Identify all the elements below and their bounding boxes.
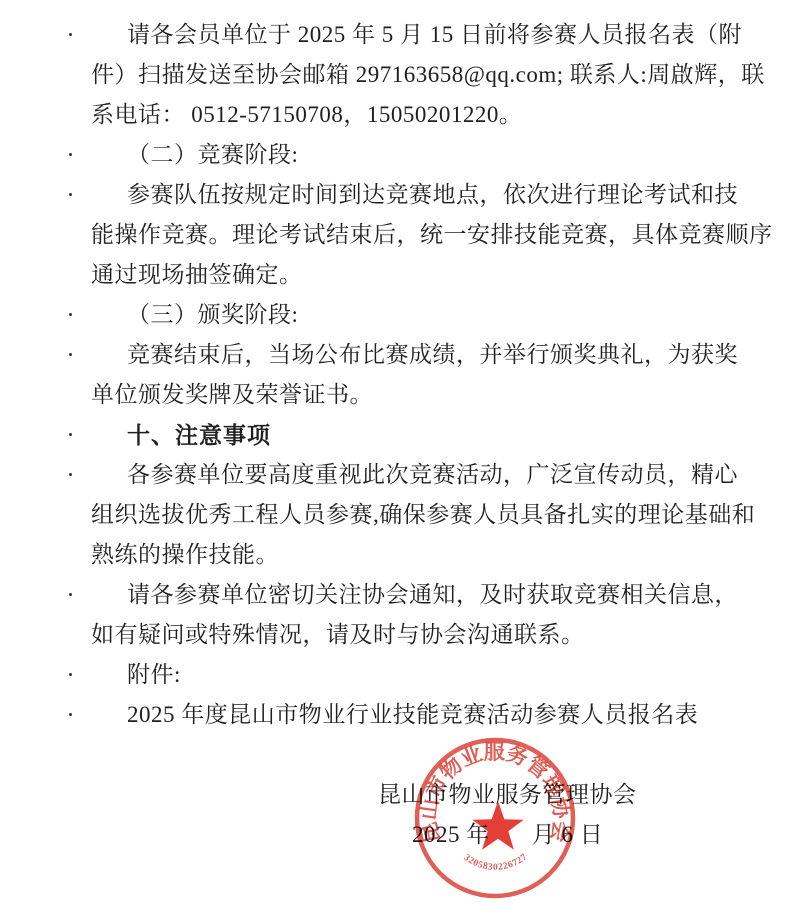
- document-line: 附件:: [91, 655, 772, 695]
- signature-organization: 昆山市物业服务管理协会: [91, 775, 772, 815]
- document-line: 各参赛单位要高度重视此次竞赛活动，广泛宣传动员，精心: [91, 455, 772, 495]
- paragraph-marker-dot: [69, 473, 72, 476]
- line-text: 熟练的操作技能。: [91, 542, 279, 567]
- seal-number-textpath: 3205830226727: [462, 852, 530, 873]
- document-line: 单位颁发奖牌及荣誉证书。: [91, 375, 772, 415]
- line-text: 能操作竞赛。理论考试结束后，统一安排技能竞赛，具体竞赛顺序: [91, 222, 773, 247]
- line-text: 各参赛单位要高度重视此次竞赛活动，广泛宣传动员，精心: [127, 462, 738, 487]
- document-body: 请各会员单位于 2025 年 5 月 15 日前将参赛人员报名表（附件）扫描发送…: [91, 15, 772, 855]
- paragraph-marker-dot: [69, 713, 72, 716]
- document-line: 组织选拔优秀工程人员参赛,确保参赛人员具备扎实的理论基础和: [91, 495, 772, 535]
- document-line: 件）扫描发送至协会邮箱 297163658@qq.com; 联系人:周啟辉，联: [91, 55, 772, 95]
- document-line: 请各参赛单位密切关注协会通知，及时获取竞赛相关信息，: [91, 575, 772, 615]
- line-text: 单位颁发奖牌及荣誉证书。: [91, 382, 373, 407]
- paragraph-marker-dot: [69, 313, 72, 316]
- paragraph-marker-dot: [69, 433, 72, 436]
- document-line: 参赛队伍按规定时间到达竞赛地点，依次进行理论考试和技: [91, 175, 772, 215]
- signature-date-suffix: 月 6 日: [532, 822, 604, 847]
- seal-number-text: 3205830226727: [462, 852, 530, 873]
- document-line: （二）竞赛阶段:: [91, 135, 772, 175]
- paragraph-marker-dot: [69, 153, 72, 156]
- document-line: 熟练的操作技能。: [91, 535, 772, 575]
- document-line: 请各会员单位于 2025 年 5 月 15 日前将参赛人员报名表（附: [91, 15, 772, 55]
- line-text: 十、注意事项: [127, 422, 271, 448]
- document-line: 能操作竞赛。理论考试结束后，统一安排技能竞赛，具体竞赛顺序: [91, 215, 772, 255]
- document-line: 通过现场抽签确定。: [91, 255, 772, 295]
- line-text: （三）颁奖阶段:: [127, 302, 298, 327]
- paragraph-marker-dot: [69, 353, 72, 356]
- line-text: 请各参赛单位密切关注协会通知，及时获取竞赛相关信息，: [127, 582, 738, 607]
- paragraph-marker-dot: [69, 33, 72, 36]
- document-line: 如有疑问或特殊情况，请及时与协会沟通联系。: [91, 615, 772, 655]
- document-line: （三）颁奖阶段:: [91, 295, 772, 335]
- line-text: 系电话： 0512-57150708，15050201220。: [91, 102, 522, 127]
- line-text: 竞赛结束后，当场公布比赛成绩，并举行颁奖典礼，为获奖: [127, 342, 738, 367]
- document-line: 十、注意事项: [91, 415, 772, 455]
- line-text: 通过现场抽签确定。: [91, 262, 303, 287]
- paragraph-marker-dot: [69, 673, 72, 676]
- line-text: 请各会员单位于 2025 年 5 月 15 日前将参赛人员报名表（附: [127, 22, 742, 47]
- document-line: [91, 735, 772, 775]
- line-text: 附件:: [127, 662, 181, 687]
- line-text: 如有疑问或特殊情况，请及时与协会沟通联系。: [91, 622, 585, 647]
- paragraph-marker-dot: [69, 193, 72, 196]
- document-line: 竞赛结束后，当场公布比赛成绩，并举行颁奖典礼，为获奖: [91, 335, 772, 375]
- document-line: 系电话： 0512-57150708，15050201220。: [91, 95, 772, 135]
- signature-date: 2025 年月 6 日: [91, 815, 772, 855]
- notice-document-page: { "page": { "background": "#ffffff", "te…: [0, 0, 792, 911]
- line-text: 参赛队伍按规定时间到达竞赛地点，依次进行理论考试和技: [127, 182, 738, 207]
- signature-date-prefix: 2025 年: [412, 822, 490, 847]
- paragraph-marker-dot: [69, 593, 72, 596]
- document-line: 2025 年度昆山市物业行业技能竞赛活动参赛人员报名表: [91, 695, 772, 735]
- line-text: 组织选拔优秀工程人员参赛,确保参赛人员具备扎实的理论基础和: [91, 502, 755, 527]
- line-text: （二）竞赛阶段:: [127, 142, 298, 167]
- line-text: 2025 年度昆山市物业行业技能竞赛活动参赛人员报名表: [127, 702, 698, 727]
- line-text: 件）扫描发送至协会邮箱 297163658@qq.com; 联系人:周啟辉，联: [91, 62, 765, 87]
